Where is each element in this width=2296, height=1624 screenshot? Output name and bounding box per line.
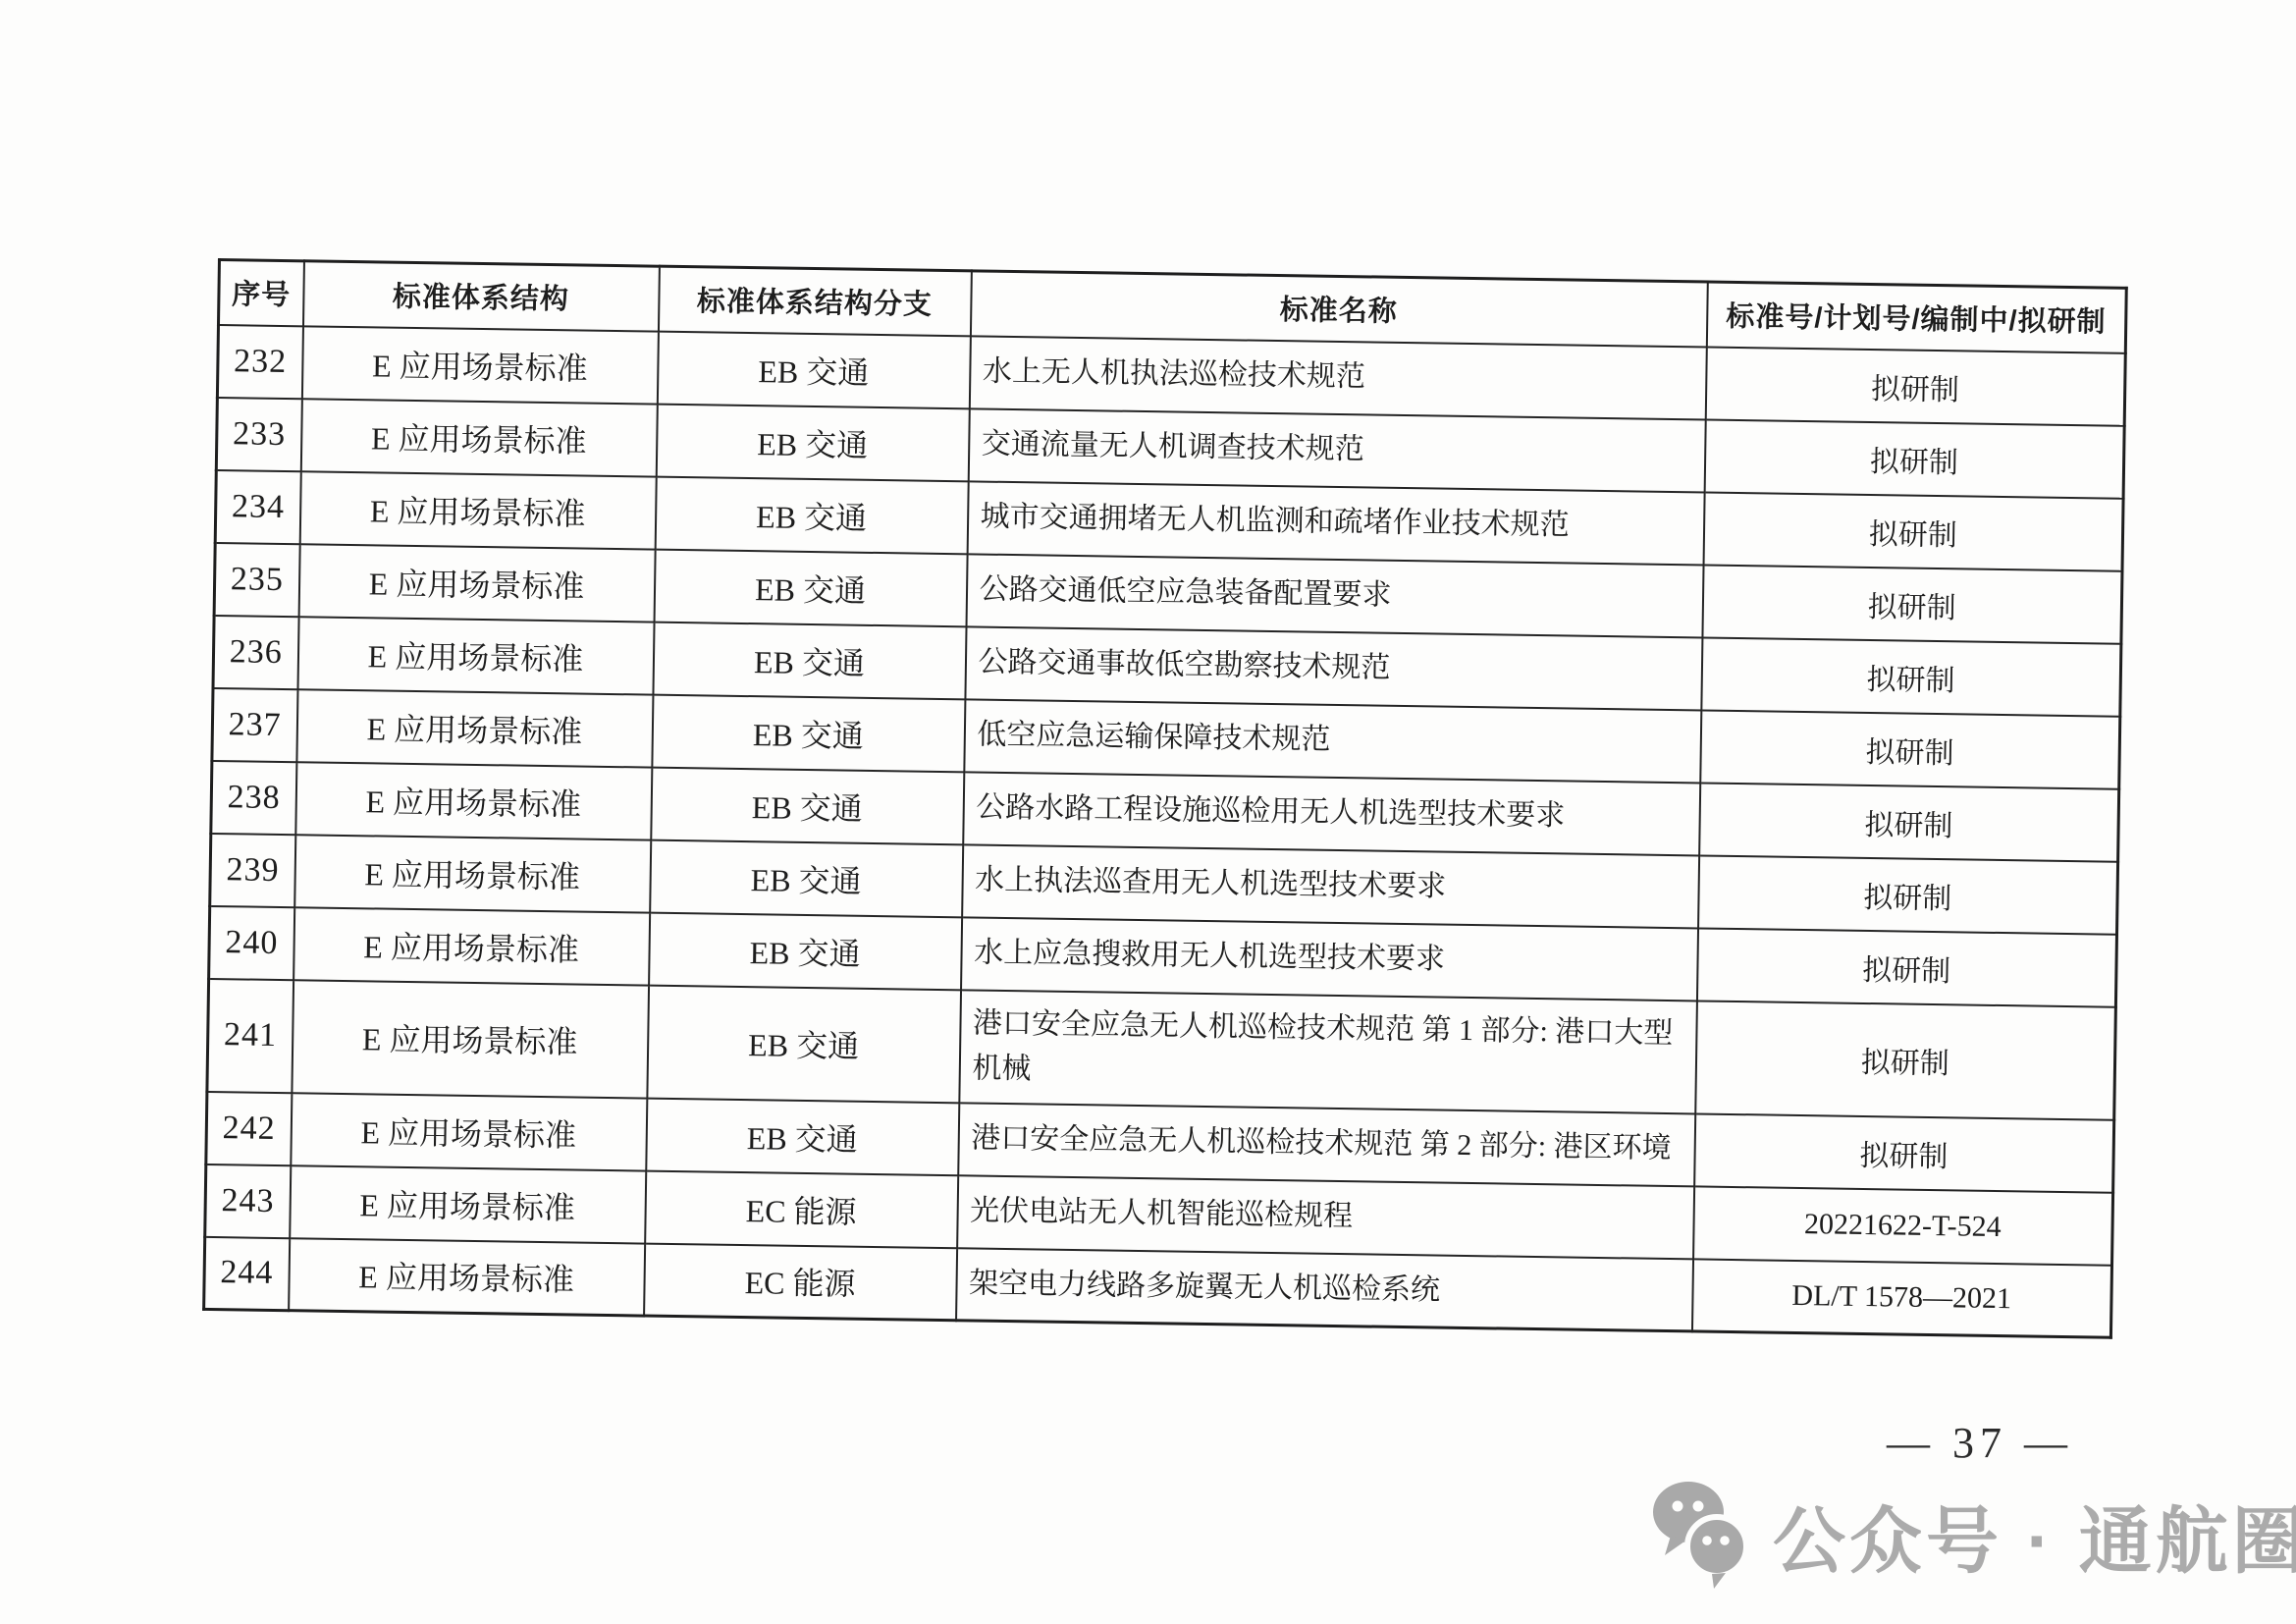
status-cell: 拟研制 <box>1700 710 2120 788</box>
structure-cell: E 应用场景标准 <box>291 1093 647 1170</box>
status-cell: 拟研制 <box>1703 492 2123 570</box>
name-cell: 公路水路工程设施巡检用无人机选型技术要求 <box>963 772 1700 855</box>
name-cell: 公路交通事故低空勘察技术规范 <box>965 626 1702 710</box>
structure-cell: E 应用场景标准 <box>301 326 658 404</box>
serial-cell: 244 <box>204 1236 290 1310</box>
serial-cell: 241 <box>207 978 294 1092</box>
column-header-status: 标准号/计划号/编制中/拟研制 <box>1706 282 2126 352</box>
branch-cell: EB 交通 <box>649 912 962 990</box>
name-cell: 港口安全应急无人机巡检技术规范 第 1 部分: 港口大型机械 <box>959 990 1697 1113</box>
serial-cell: 240 <box>209 905 294 979</box>
branch-cell: EB 交通 <box>651 767 964 844</box>
status-cell: 拟研制 <box>1704 419 2124 498</box>
status-cell: 拟研制 <box>1705 347 2125 425</box>
name-cell: 城市交通拥堵无人机监测和疏堵作业技术规范 <box>967 481 1704 565</box>
serial-cell: 237 <box>212 687 297 761</box>
structure-cell: E 应用场景标准 <box>300 399 657 476</box>
branch-cell: EC 能源 <box>645 1170 958 1248</box>
structure-cell: E 应用场景标准 <box>295 762 652 839</box>
serial-cell: 242 <box>206 1091 292 1164</box>
branch-cell: EB 交通 <box>650 839 963 917</box>
serial-cell: 234 <box>215 469 300 543</box>
name-cell: 水上无人机执法巡检技术规范 <box>969 336 1706 419</box>
document-page: 序号 标准体系结构 标准体系结构分支 标准名称 标准号/计划号/编制中/拟研制 … <box>0 0 2296 1624</box>
name-cell: 架空电力线路多旋翼无人机巡检系统 <box>956 1248 1693 1331</box>
structure-cell: E 应用场景标准 <box>294 835 651 912</box>
status-cell: 拟研制 <box>1694 1113 2114 1192</box>
status-cell: 拟研制 <box>1702 565 2122 643</box>
structure-cell: E 应用场景标准 <box>290 1165 646 1243</box>
structure-cell: E 应用场景标准 <box>296 689 653 767</box>
branch-cell: EB 交通 <box>647 985 961 1103</box>
name-cell: 水上执法巡查用无人机选型技术要求 <box>962 844 1699 928</box>
wechat-icon <box>1651 1481 1753 1591</box>
structure-cell: E 应用场景标准 <box>297 617 654 694</box>
serial-cell: 239 <box>210 833 295 906</box>
branch-cell: EB 交通 <box>654 549 967 626</box>
name-cell: 港口安全应急无人机巡检技术规范 第 2 部分: 港区环境 <box>958 1103 1695 1186</box>
serial-cell: 238 <box>211 760 296 834</box>
branch-cell: EB 交通 <box>653 622 966 699</box>
branch-cell: EB 交通 <box>655 476 968 554</box>
status-cell: 拟研制 <box>1701 637 2121 716</box>
branch-cell: EB 交通 <box>646 1098 959 1175</box>
name-cell: 水上应急搜救用无人机选型技术要求 <box>961 917 1698 1001</box>
serial-cell: 243 <box>205 1164 291 1237</box>
branch-cell: EB 交通 <box>657 331 970 408</box>
structure-cell: E 应用场景标准 <box>299 471 656 549</box>
serial-cell: 232 <box>217 325 302 399</box>
watermark-text: 公众号 · 通航圈 <box>1773 1484 2296 1588</box>
status-cell: 拟研制 <box>1698 855 2118 934</box>
status-cell: 拟研制 <box>1695 1001 2116 1119</box>
serial-cell: 235 <box>214 542 299 616</box>
structure-cell: E 应用场景标准 <box>294 907 650 985</box>
name-cell: 光伏电站无人机智能巡检规程 <box>957 1175 1694 1259</box>
serial-cell: 236 <box>213 615 298 688</box>
status-cell: 拟研制 <box>1699 783 2119 861</box>
branch-cell: EB 交通 <box>656 404 969 481</box>
serial-cell: 233 <box>216 398 301 471</box>
status-cell: DL/T 1578—2021 <box>1691 1259 2111 1337</box>
status-cell: 20221622-T-524 <box>1693 1186 2113 1265</box>
name-cell: 交通流量无人机调查技术规范 <box>968 408 1705 492</box>
column-header-name: 标准名称 <box>970 271 1707 347</box>
page-number: — 37 — <box>1887 1418 2073 1468</box>
structure-cell: E 应用场景标准 <box>289 1238 645 1316</box>
name-cell: 公路交通低空应急装备配置要求 <box>966 554 1703 637</box>
column-header-branch: 标准体系结构分支 <box>658 266 971 336</box>
column-header-serial: 序号 <box>218 260 303 326</box>
name-cell: 低空应急运输保障技术规范 <box>964 699 1701 783</box>
column-header-structure: 标准体系结构 <box>302 261 659 331</box>
status-cell: 拟研制 <box>1696 928 2116 1006</box>
branch-cell: EC 能源 <box>644 1243 957 1321</box>
watermark: 公众号 · 通航圈 <box>1651 1481 2296 1591</box>
structure-cell: E 应用场景标准 <box>298 544 655 622</box>
branch-cell: EB 交通 <box>652 694 965 772</box>
standards-table: 序号 标准体系结构 标准体系结构分支 标准名称 标准号/计划号/编制中/拟研制 … <box>202 258 2128 1339</box>
structure-cell: E 应用场景标准 <box>292 980 649 1098</box>
